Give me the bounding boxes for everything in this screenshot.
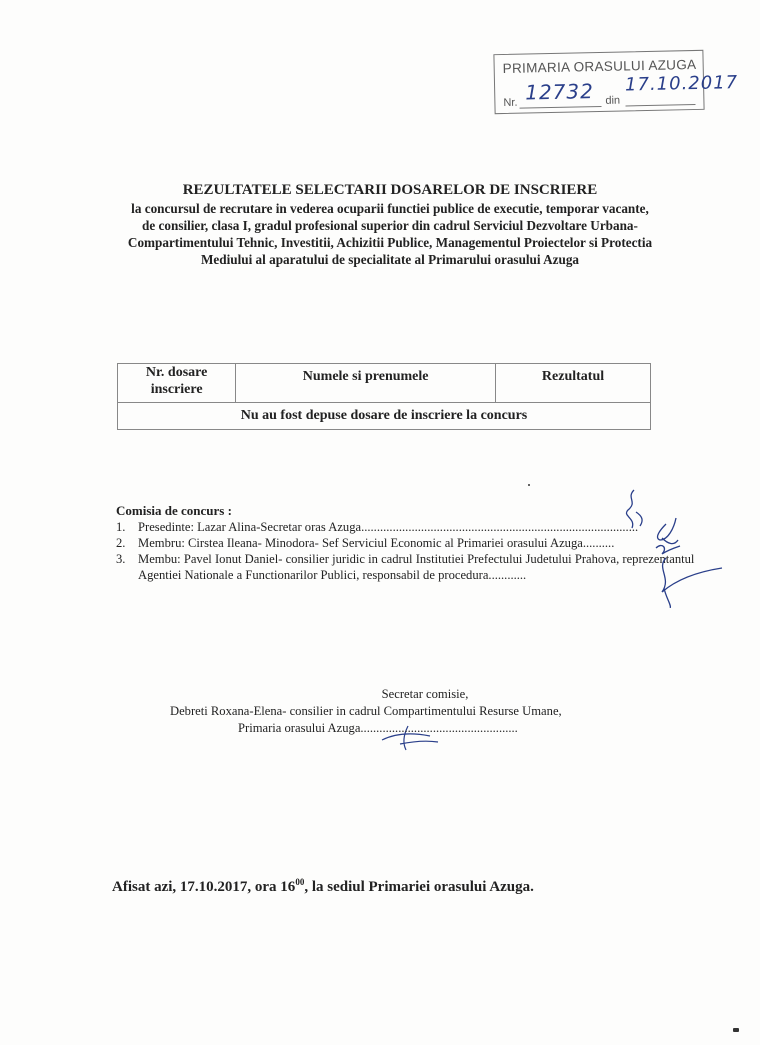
header-rezultatul: Rezultatul <box>496 364 651 403</box>
commission-list: 1. Presedinte: Lazar Alina-Secretar oras… <box>116 519 716 583</box>
posted-superscript: 00 <box>295 877 304 887</box>
member-number: 3. <box>116 551 125 567</box>
header-nr-dosare-line2: inscriere <box>118 381 235 398</box>
secretary-name: Debreti Roxana-Elena- consilier in cadru… <box>170 703 640 720</box>
table-header-row: Nr. dosare inscriere Numele si prenumele… <box>118 364 651 403</box>
document-title: REZULTATELE SELECTARII DOSARELOR DE INSC… <box>100 181 680 200</box>
member-number: 2. <box>116 535 125 551</box>
list-item: 2. Membru: Cirstea Ileana- Minodora- Sef… <box>116 535 716 551</box>
member-text: Membru: Cirstea Ileana- Minodora- Sef Se… <box>138 536 614 550</box>
stamp-date-label: din <box>605 95 620 107</box>
document-page: PRIMARIA ORASULUI AZUGA Nr. 12732 din 17… <box>0 0 760 1045</box>
scan-speck <box>528 484 530 486</box>
member-text: Membu: Pavel Ionut Daniel- consilier jur… <box>138 552 694 582</box>
heading-line-4: Mediului al aparatului de specialitate a… <box>100 251 680 268</box>
list-item: 1. Presedinte: Lazar Alina-Secretar oras… <box>116 519 716 535</box>
member-text: Presedinte: Lazar Alina-Secretar oras Az… <box>138 520 638 534</box>
registration-stamp: PRIMARIA ORASULUI AZUGA Nr. 12732 din 17… <box>493 50 704 114</box>
stamp-nr-label: Nr. <box>503 97 517 109</box>
secretary-title: Secretar comisie, <box>170 686 640 703</box>
stamp-nr-line <box>520 106 602 109</box>
header-nr-dosare-line1: Nr. dosare <box>118 364 235 381</box>
results-table: Nr. dosare inscriere Numele si prenumele… <box>117 363 651 430</box>
stamp-nr-value: 12732 <box>525 79 594 104</box>
posted-suffix: , la sediul Primariei orasului Azuga. <box>304 879 534 895</box>
header-nr-dosare: Nr. dosare inscriere <box>118 364 236 403</box>
member-number: 1. <box>116 519 125 535</box>
posted-notice: Afisat azi, 17.10.2017, ora 1600, la sed… <box>112 877 534 896</box>
secretary-section: Secretar comisie, Debreti Roxana-Elena- … <box>170 686 640 737</box>
stamp-number-row: Nr. 12732 din 17.10.2017 <box>501 77 702 111</box>
heading-line-1: la concursul de recrutare in vederea ocu… <box>100 200 680 217</box>
scan-speck <box>733 1028 739 1032</box>
heading-line-2: de consilier, clasa I, gradul profesiona… <box>100 217 680 234</box>
document-heading: REZULTATELE SELECTARII DOSARELOR DE INSC… <box>100 181 680 268</box>
stamp-date-line <box>625 104 695 106</box>
secretary-institution: Primaria orasului Azuga.................… <box>170 720 640 737</box>
table-row: Nu au fost depuse dosare de inscriere la… <box>118 403 651 430</box>
commission-label: Comisia de concurs : <box>116 503 716 519</box>
heading-line-3: Compartimentului Tehnic, Investitii, Ach… <box>100 234 680 251</box>
posted-prefix: Afisat azi, 17.10.2017, ora 16 <box>112 879 295 895</box>
header-nume-prenume: Numele si prenumele <box>236 364 496 403</box>
empty-message: Nu au fost depuse dosare de inscriere la… <box>118 403 651 430</box>
list-item: 3. Membu: Pavel Ionut Daniel- consilier … <box>116 551 716 583</box>
stamp-date-value: 17.10.2017 <box>625 72 738 95</box>
commission-section: Comisia de concurs : 1. Presedinte: Laza… <box>116 503 716 583</box>
